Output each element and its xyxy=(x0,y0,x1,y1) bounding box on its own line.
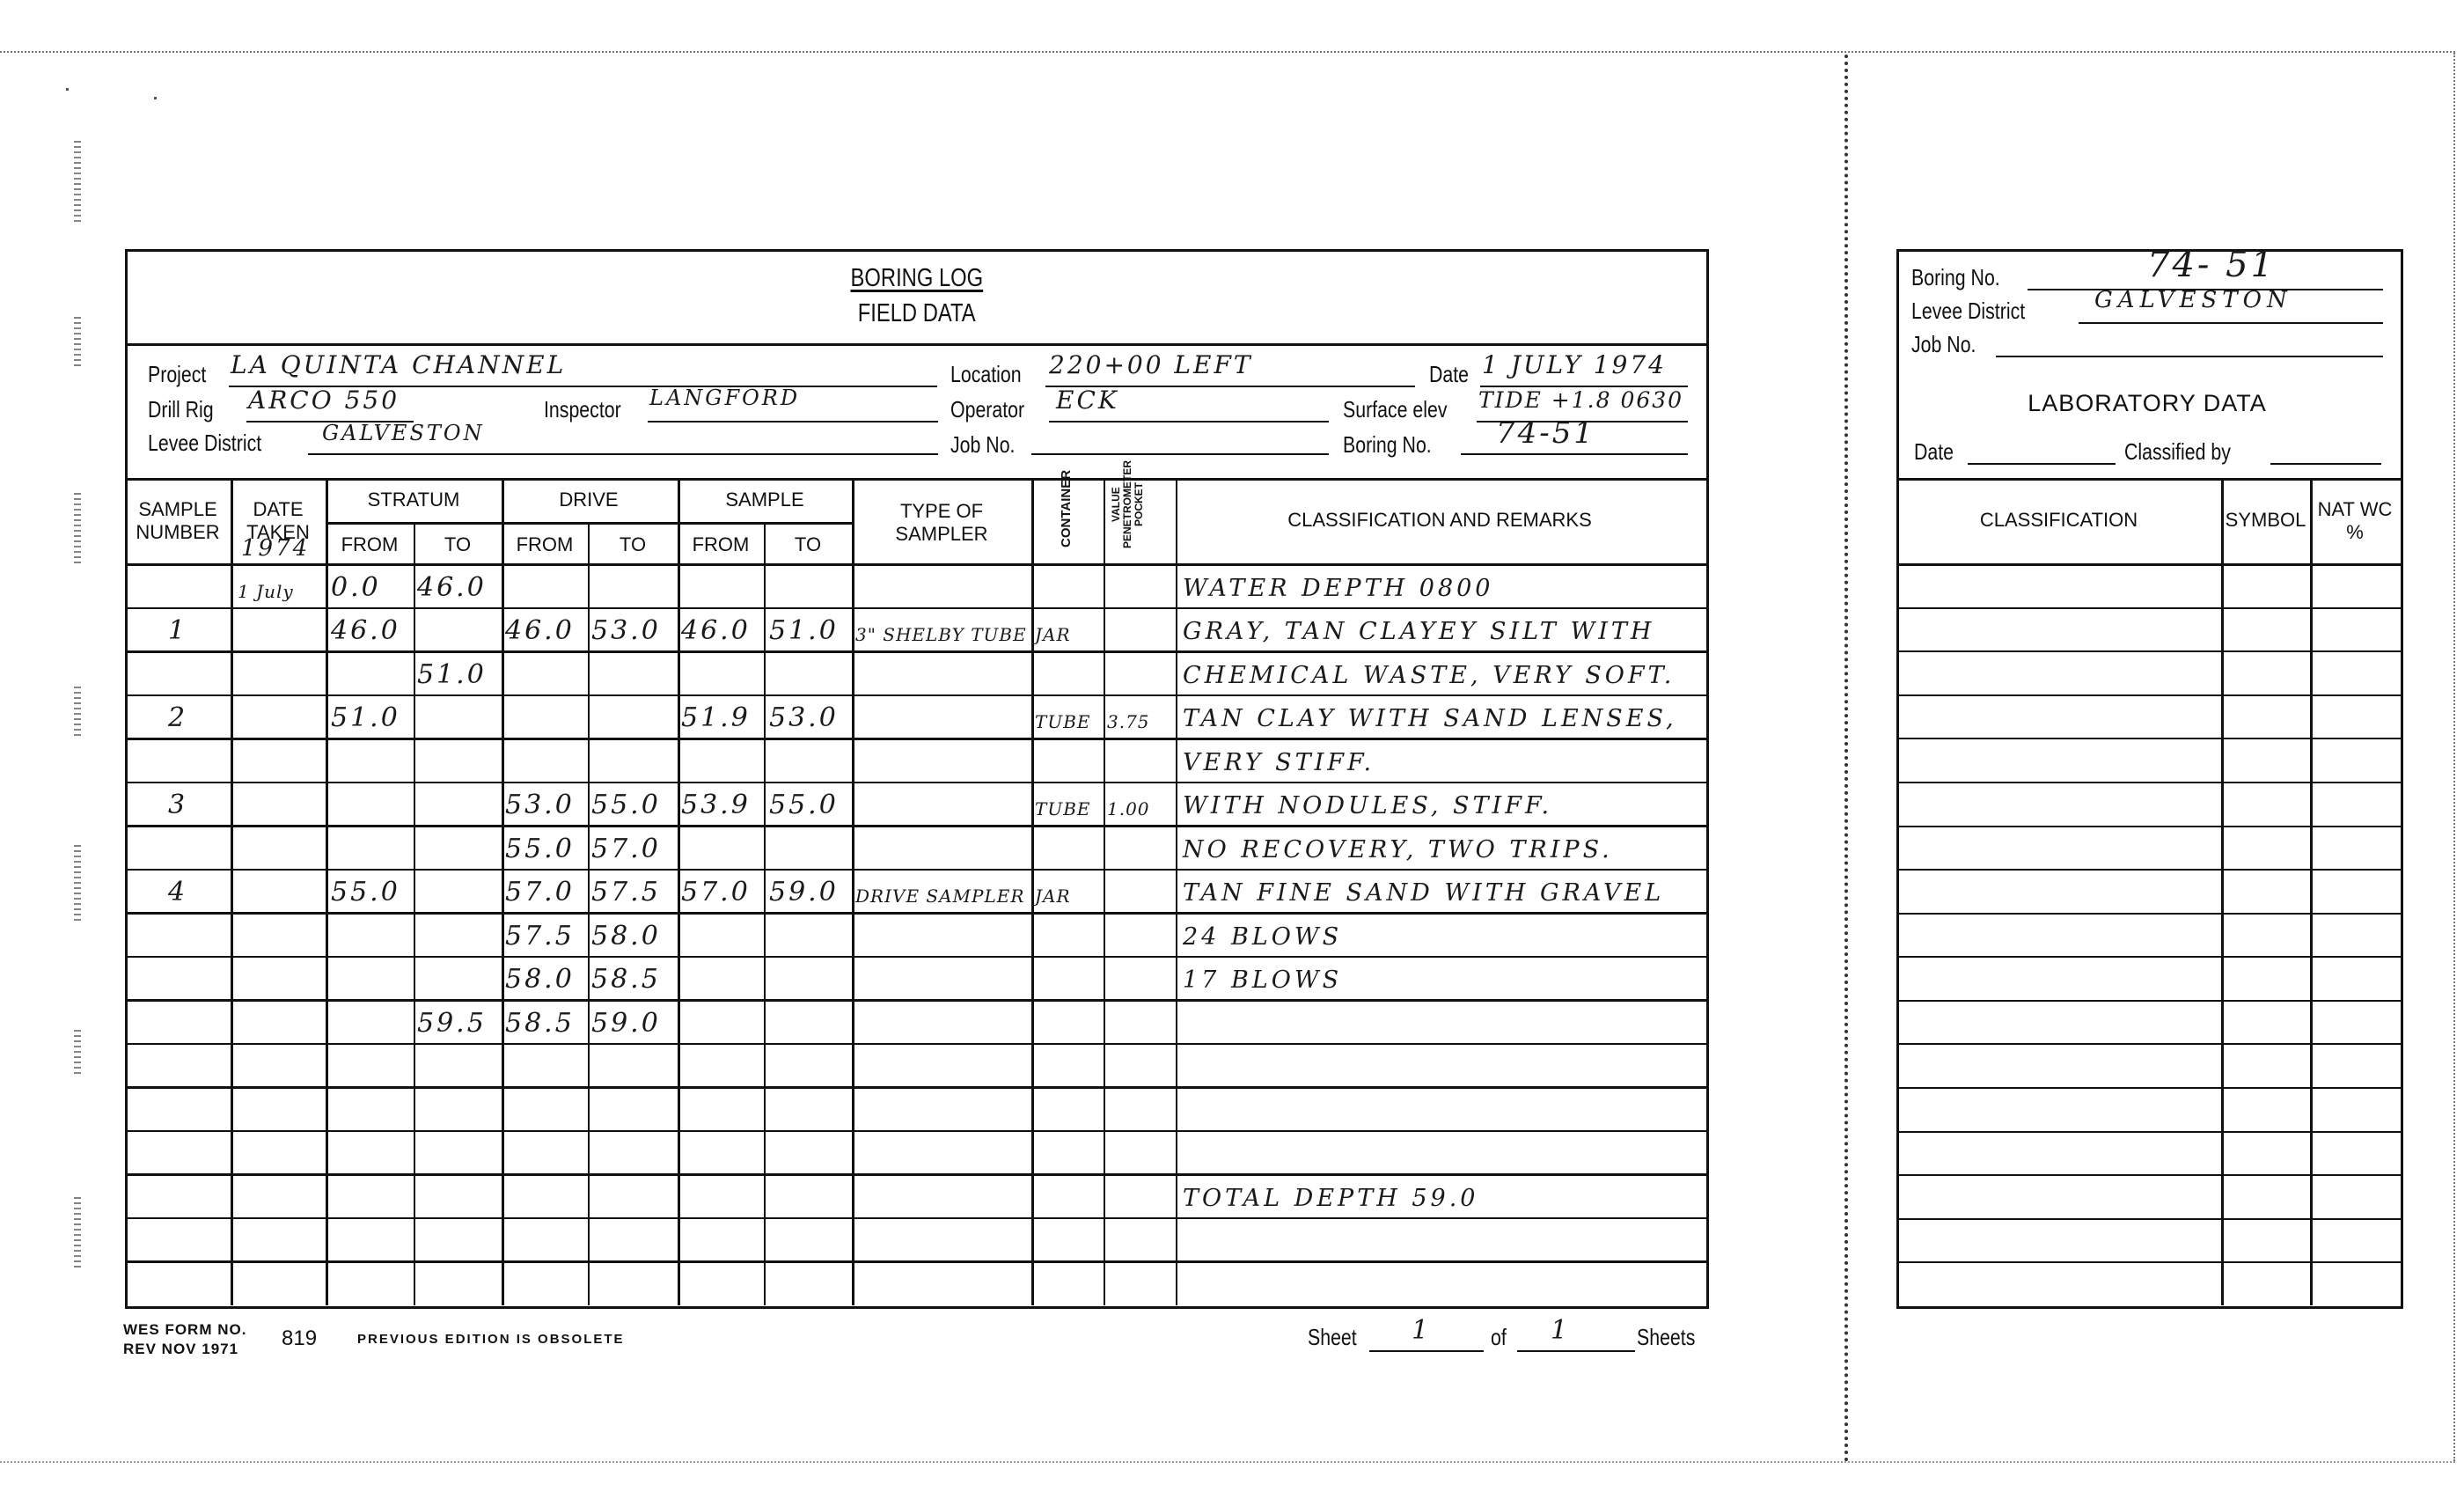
lab-cell-symbol[interactable] xyxy=(2224,1045,2310,1085)
col-divider xyxy=(326,478,328,1305)
cell-remarks[interactable]: NO RECOVERY, TWO TRIPS. xyxy=(1183,836,1704,863)
lab-cell-nat-wc[interactable] xyxy=(2313,565,2398,606)
form-subtitle: FIELD DATA xyxy=(125,299,1709,328)
row-divider xyxy=(125,825,1706,827)
cell-sample-number[interactable]: 3 xyxy=(125,790,231,820)
col-divider xyxy=(852,478,854,1305)
boring-no-value[interactable]: 74-51 xyxy=(1496,415,1595,451)
cell-drive-to[interactable]: 53.0 xyxy=(591,615,678,646)
cell-drive-from[interactable]: 46.0 xyxy=(505,615,588,646)
cell-remarks[interactable]: TAN FINE SAND WITH GRAVEL xyxy=(1183,879,1704,907)
scan-noise-strip xyxy=(74,1197,81,1268)
cell-sample-number[interactable]: 1 xyxy=(125,615,231,646)
lab-cell-symbol[interactable] xyxy=(2224,915,2310,955)
header-sample-to: TO xyxy=(764,533,852,556)
lab-cell-classification[interactable] xyxy=(1898,609,2221,650)
scan-speck xyxy=(154,97,157,99)
cell-type-of-sampler[interactable]: 3" SHELBY TUBE xyxy=(855,624,1031,645)
row-divider xyxy=(125,1173,1706,1176)
surface-elev-value[interactable]: TIDE +1.8 0630 xyxy=(1478,387,1683,413)
cell-sample-to[interactable]: 51.0 xyxy=(769,615,852,646)
lab-cell-nat-wc[interactable] xyxy=(2313,1133,2398,1173)
row-divider xyxy=(125,1260,1706,1263)
lab-cell-classification[interactable] xyxy=(1898,871,2221,911)
cell-drive-to[interactable]: 58.0 xyxy=(591,921,678,952)
operator-value[interactable]: ECK xyxy=(1056,386,1119,415)
row-divider xyxy=(125,869,1706,871)
cell-type-of-sampler[interactable]: DRIVE SAMPLER xyxy=(855,885,1031,907)
lab-cell-nat-wc[interactable] xyxy=(2313,1263,2398,1304)
cell-drive-from[interactable]: 57.0 xyxy=(505,877,588,907)
header-drive: DRIVE xyxy=(502,489,676,511)
scan-edge-top xyxy=(0,51,2455,53)
header-sample-number: SAMPLE NUMBER xyxy=(125,498,231,544)
obsolete-note: PREVIOUS EDITION IS OBSOLETE xyxy=(357,1332,625,1347)
scan-noise-strip xyxy=(74,845,81,924)
cell-sample-from[interactable]: 46.0 xyxy=(681,615,764,646)
sheet-total-line xyxy=(1517,1350,1635,1352)
lab-date-label: Date xyxy=(1914,438,1962,466)
cell-sample-from[interactable]: 57.0 xyxy=(681,877,764,907)
col-divider xyxy=(678,478,680,1305)
lab-cell-symbol[interactable] xyxy=(2224,739,2310,780)
date-label: Date xyxy=(1429,361,1478,388)
lab-cell-nat-wc[interactable] xyxy=(2313,1045,2398,1085)
lab-cell-symbol[interactable] xyxy=(2224,1176,2310,1216)
cell-remarks[interactable]: 17 BLOWS xyxy=(1183,966,1704,994)
boring-no-label: Boring No. xyxy=(1343,431,1451,459)
lab-cell-classification[interactable] xyxy=(1898,958,2221,998)
scan-speck xyxy=(66,88,69,91)
lab-header-symbol: SYMBOL xyxy=(2221,509,2310,532)
header-pocket-penetrometer: POCKET PENETROMETER VALUE xyxy=(1111,456,1144,553)
lab-cell-symbol[interactable] xyxy=(2224,1133,2310,1173)
row-divider xyxy=(125,607,1706,609)
cell-remarks[interactable]: TAN CLAY WITH SAND LENSES, xyxy=(1183,705,1704,732)
header-drive-to: TO xyxy=(588,533,678,556)
scan-noise-strip xyxy=(74,1030,81,1074)
form-title: BORING LOG xyxy=(125,264,1709,293)
col-divider xyxy=(1104,478,1105,1305)
form-id: WES FORM NO. REV NOV 1971 xyxy=(123,1320,246,1359)
row-divider xyxy=(125,782,1706,783)
project-label: Project xyxy=(148,361,219,388)
scan-noise-strip xyxy=(74,687,81,739)
lab-cell-nat-wc[interactable] xyxy=(2313,958,2398,998)
lab-classified-by-label: Classified by xyxy=(2124,438,2254,466)
cell-pocket-penetrometer[interactable]: 3.75 xyxy=(1107,711,1176,732)
header-stratum-to: TO xyxy=(414,533,502,556)
header-drive-from: FROM xyxy=(502,533,588,556)
cell-container[interactable]: JAR xyxy=(1035,885,1104,907)
cell-stratum-to[interactable]: 46.0 xyxy=(417,572,502,603)
cell-remarks[interactable]: GRAY, TAN CLAYEY SILT WITH xyxy=(1183,618,1704,645)
lab-cell-classification[interactable] xyxy=(1898,1220,2221,1260)
cell-drive-from[interactable]: 53.0 xyxy=(505,790,588,820)
scan-noise-strip xyxy=(74,493,81,563)
header-stratum: STRATUM xyxy=(326,489,502,511)
lab-cell-symbol[interactable] xyxy=(2224,696,2310,737)
lab-cell-symbol[interactable] xyxy=(2224,652,2310,693)
row-divider xyxy=(125,912,1706,915)
levee-district-label: Levee District xyxy=(148,430,287,457)
header-type-of-sampler: TYPE OF SAMPLER xyxy=(852,500,1031,546)
row-divider xyxy=(125,1217,1706,1219)
cell-sample-number[interactable]: 4 xyxy=(125,877,231,907)
scan-noise-strip xyxy=(74,141,81,224)
drill-rig-label: Drill Rig xyxy=(148,396,228,423)
col-divider xyxy=(1031,478,1034,1305)
lab-cell-classification[interactable] xyxy=(1898,1133,2221,1173)
lab-cell-classification[interactable] xyxy=(1898,739,2221,780)
scan-edge-right xyxy=(2453,53,2455,1461)
location-label: Location xyxy=(950,361,1037,388)
cell-stratum-to[interactable]: 59.5 xyxy=(417,1008,502,1039)
lab-cell-symbol[interactable] xyxy=(2224,958,2310,998)
cell-remarks[interactable]: TOTAL DEPTH 59.0 xyxy=(1183,1185,1704,1212)
cell-remarks[interactable]: 24 BLOWS xyxy=(1183,923,1704,951)
lab-cell-symbol[interactable] xyxy=(2224,1263,2310,1304)
lab-cell-classification[interactable] xyxy=(1898,565,2221,606)
cell-container[interactable]: JAR xyxy=(1035,624,1104,645)
perforation-separator xyxy=(1844,55,1848,1463)
lab-levee-district-label: Levee District xyxy=(1911,298,2050,325)
cell-date-taken[interactable]: 1 July xyxy=(238,581,326,602)
lab-header-classification: CLASSIFICATION xyxy=(1896,509,2221,532)
cell-stratum-to[interactable]: 51.0 xyxy=(417,659,502,690)
cell-container[interactable]: TUBE xyxy=(1035,798,1104,819)
lab-cell-nat-wc[interactable] xyxy=(2313,827,2398,868)
lab-cell-classification[interactable] xyxy=(1898,827,2221,868)
lab-cell-symbol[interactable] xyxy=(2224,1089,2310,1129)
cell-stratum-from[interactable]: 46.0 xyxy=(331,615,414,646)
row-divider xyxy=(125,999,1706,1002)
row-divider xyxy=(125,694,1706,696)
lab-cell-symbol[interactable] xyxy=(2224,609,2310,650)
location-value[interactable]: 220+00 LEFT xyxy=(1049,350,1253,379)
header-classification-remarks: CLASSIFICATION AND REMARKS xyxy=(1176,509,1704,532)
cell-drive-to[interactable]: 58.5 xyxy=(591,964,678,995)
lab-cell-symbol[interactable] xyxy=(2224,1002,2310,1042)
drill-rig-value[interactable]: ARCO 550 xyxy=(248,386,400,415)
cell-drive-from[interactable]: 55.0 xyxy=(505,834,588,864)
job-no-label: Job No. xyxy=(950,431,1030,459)
lab-cell-symbol[interactable] xyxy=(2224,783,2310,824)
lab-boring-no-value[interactable]: 74- 51 xyxy=(2147,245,2276,285)
job-no-line xyxy=(1031,453,1329,455)
sheet-total[interactable]: 1 xyxy=(1551,1315,1570,1346)
sheets-label: Sheets xyxy=(1637,1324,1708,1351)
lab-cell-classification[interactable] xyxy=(1898,1176,2221,1216)
scan-noise-strip xyxy=(74,317,81,370)
cell-sample-from[interactable]: 51.9 xyxy=(681,702,764,733)
col-divider xyxy=(1176,478,1177,1305)
header-stratum-from: FROM xyxy=(326,533,414,556)
boring-no-line xyxy=(1461,453,1688,455)
row-divider xyxy=(125,738,1706,740)
inspector-line xyxy=(648,421,938,423)
lab-cell-nat-wc[interactable] xyxy=(2313,783,2398,824)
cell-drive-from[interactable]: 57.5 xyxy=(505,921,588,952)
lab-cell-nat-wc[interactable] xyxy=(2313,871,2398,911)
row-divider xyxy=(125,1130,1706,1132)
divider xyxy=(125,343,1706,346)
lab-cell-nat-wc[interactable] xyxy=(2313,739,2398,780)
inspector-label: Inspector xyxy=(544,396,638,423)
operator-line xyxy=(1049,421,1329,423)
date-value[interactable]: 1 JULY 1974 xyxy=(1482,350,1667,379)
project-value[interactable]: LA QUINTA CHANNEL xyxy=(231,350,566,379)
cell-remarks[interactable]: VERY STIFF. xyxy=(1183,749,1704,776)
cell-remarks[interactable]: WITH NODULES, STIFF. xyxy=(1183,792,1704,819)
cell-drive-to[interactable]: 55.0 xyxy=(591,790,678,820)
cell-stratum-from[interactable]: 55.0 xyxy=(331,877,414,907)
divider xyxy=(1896,478,2401,481)
cell-sample-to[interactable]: 53.0 xyxy=(769,702,852,733)
lab-levee-district-line xyxy=(2079,322,2383,324)
lab-classified-by-line xyxy=(2270,463,2381,465)
subheader-divider xyxy=(326,522,852,525)
header-sample: SAMPLE xyxy=(678,489,852,511)
header-date-year: 1974 xyxy=(241,535,310,562)
form-number: 819 xyxy=(282,1326,317,1351)
cell-sample-from[interactable]: 53.9 xyxy=(681,790,764,820)
lab-cell-nat-wc[interactable] xyxy=(2313,1002,2398,1042)
row-divider xyxy=(125,956,1706,958)
cell-sample-number[interactable]: 2 xyxy=(125,702,231,733)
lab-cell-nat-wc[interactable] xyxy=(2313,1089,2398,1129)
cell-drive-to[interactable]: 57.0 xyxy=(591,834,678,864)
lab-cell-classification[interactable] xyxy=(1898,915,2221,955)
lab-cell-symbol[interactable] xyxy=(2224,827,2310,868)
lab-boring-no-label: Boring No. xyxy=(1911,264,2020,291)
sheet-number[interactable]: 1 xyxy=(1412,1315,1431,1346)
lab-cell-classification[interactable] xyxy=(1898,1045,2221,1085)
levee-district-line xyxy=(308,453,938,455)
col-divider xyxy=(502,478,504,1305)
inspector-value[interactable]: LANGFORD xyxy=(649,386,800,410)
cell-stratum-from[interactable]: 51.0 xyxy=(331,702,414,733)
of-label: of xyxy=(1491,1324,1510,1351)
lab-levee-district-value[interactable]: GALVESTON xyxy=(2094,287,2292,313)
lab-cell-symbol[interactable] xyxy=(2224,1220,2310,1260)
row-divider xyxy=(125,650,1706,653)
sheet-label: Sheet xyxy=(1308,1324,1368,1351)
cell-remarks[interactable]: CHEMICAL WASTE, VERY SOFT. xyxy=(1183,662,1704,689)
cell-drive-from[interactable]: 58.0 xyxy=(505,964,588,995)
header-sample-from: FROM xyxy=(678,533,764,556)
operator-label: Operator xyxy=(950,396,1041,423)
cell-drive-to[interactable]: 59.0 xyxy=(591,1008,678,1039)
lab-job-no-label: Job No. xyxy=(1911,331,1991,358)
scan-edge-bottom xyxy=(0,1461,2455,1463)
lab-cell-classification[interactable] xyxy=(1898,1089,2221,1129)
lab-job-no-line xyxy=(1996,356,2383,357)
header-bottom-line xyxy=(125,563,1706,566)
lab-cell-nat-wc[interactable] xyxy=(2313,609,2398,650)
lab-cell-classification[interactable] xyxy=(1898,783,2221,824)
lab-cell-nat-wc[interactable] xyxy=(2313,652,2398,693)
lab-cell-symbol[interactable] xyxy=(2224,871,2310,911)
cell-container[interactable]: TUBE xyxy=(1035,711,1104,732)
lab-cell-classification[interactable] xyxy=(1898,652,2221,693)
cell-drive-to[interactable]: 57.5 xyxy=(591,877,678,907)
lab-cell-classification[interactable] xyxy=(1898,696,2221,737)
lab-cell-classification[interactable] xyxy=(1898,1002,2221,1042)
lab-title: LABORATORY DATA xyxy=(1896,390,2398,417)
lab-cell-nat-wc[interactable] xyxy=(2313,915,2398,955)
lab-cell-nat-wc[interactable] xyxy=(2313,1220,2398,1260)
sheet-line xyxy=(1369,1350,1484,1352)
cell-drive-from[interactable]: 58.5 xyxy=(505,1008,588,1039)
lab-cell-classification[interactable] xyxy=(1898,1263,2221,1304)
header-container: CONTAINER xyxy=(1060,456,1073,562)
lab-header-nat-wc: NAT WC % xyxy=(2310,498,2400,544)
cell-stratum-from[interactable]: 0.0 xyxy=(331,572,414,603)
levee-district-value[interactable]: GALVESTON xyxy=(322,421,485,445)
cell-sample-to[interactable]: 59.0 xyxy=(769,877,852,907)
row-divider xyxy=(125,1043,1706,1045)
divider xyxy=(125,478,1706,481)
cell-sample-to[interactable]: 55.0 xyxy=(769,790,852,820)
row-divider xyxy=(125,1086,1706,1089)
lab-cell-nat-wc[interactable] xyxy=(2313,696,2398,737)
cell-pocket-penetrometer[interactable]: 1.00 xyxy=(1107,798,1176,819)
lab-cell-nat-wc[interactable] xyxy=(2313,1176,2398,1216)
lab-date-line xyxy=(1968,463,2116,465)
surface-elev-label: Surface elev xyxy=(1343,396,1470,423)
col-divider xyxy=(231,478,233,1305)
lab-cell-symbol[interactable] xyxy=(2224,565,2310,606)
cell-remarks[interactable]: WATER DEPTH 0800 xyxy=(1183,575,1704,602)
